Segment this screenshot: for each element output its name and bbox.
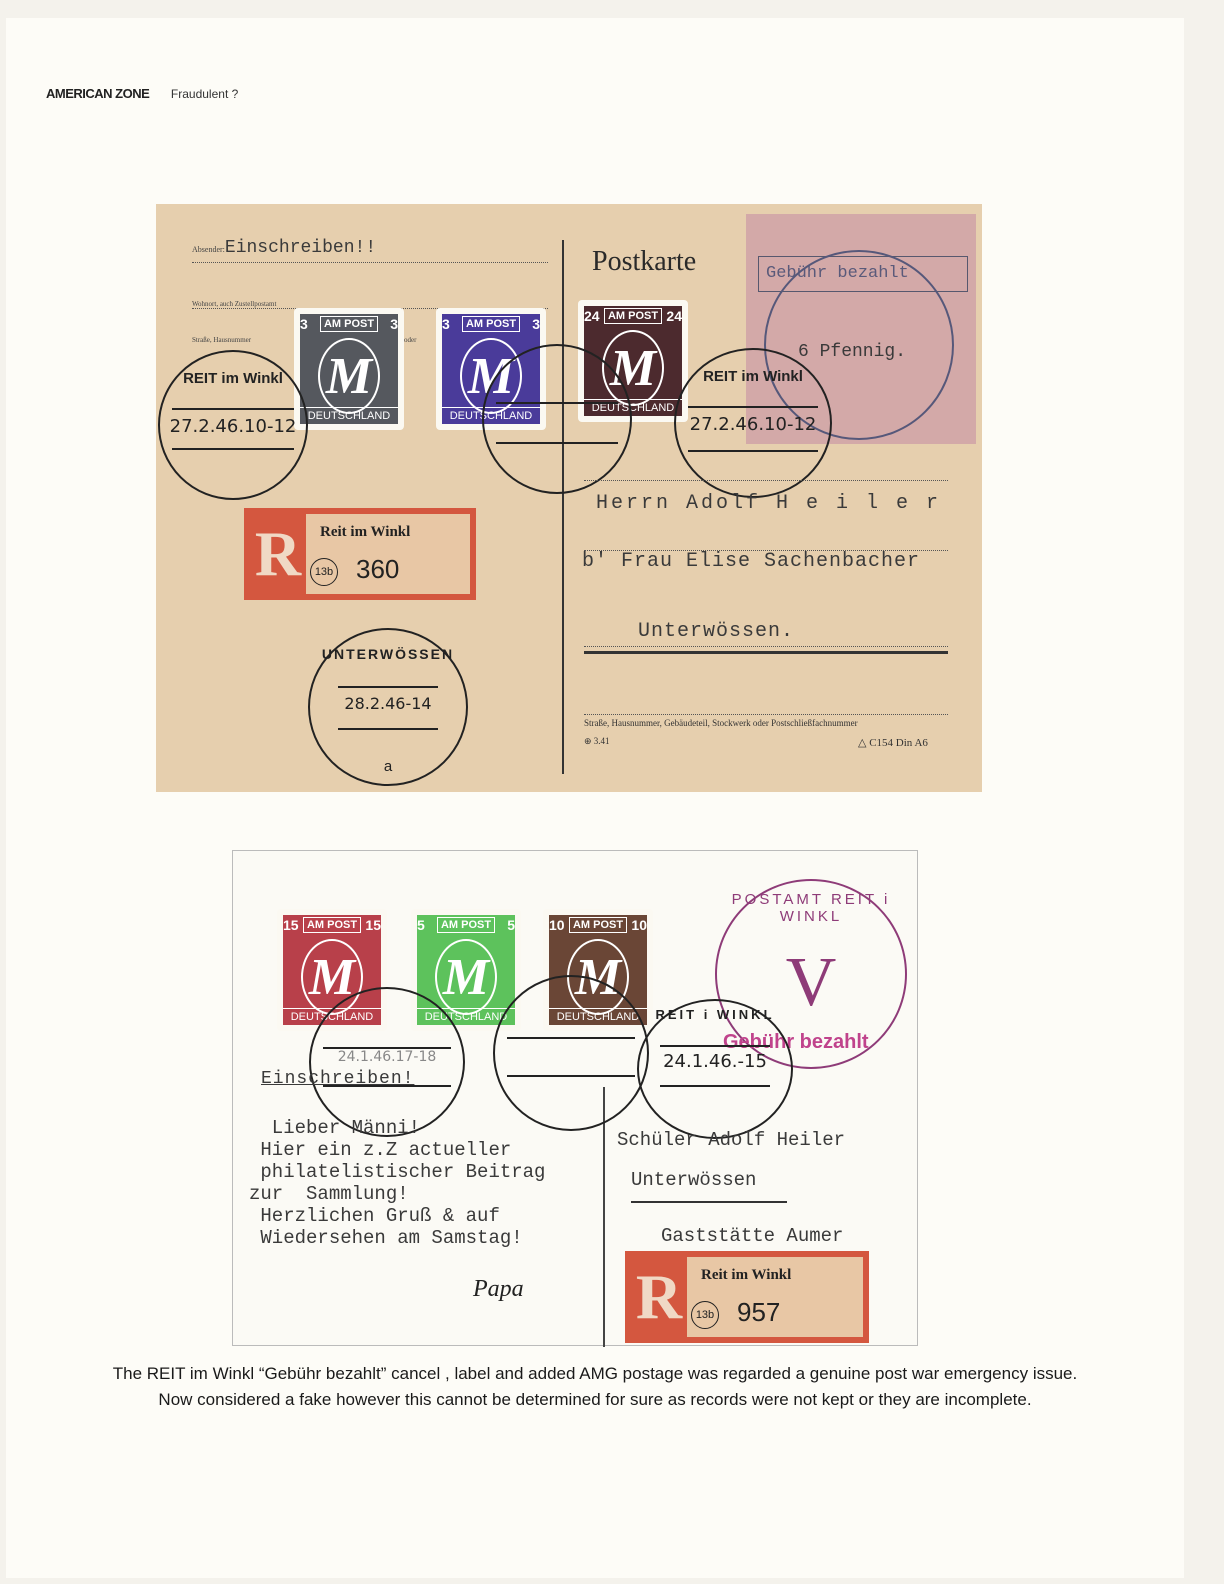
postcard-2: 15AM POST15 M DEUTSCHLAND 5AM POST5 M DE… [232, 850, 918, 1346]
stamp-value: 5 [507, 917, 515, 933]
postmark-reit-1: REIT im Winkl 27.2.46.10-12 [158, 350, 308, 500]
sender-typed: Einschreiben!! [225, 238, 376, 258]
footer-print: 3.41 [594, 736, 610, 746]
registration-r: R [631, 1257, 687, 1337]
address-line-2: b' Frau Elise Sachenbacher [582, 550, 920, 573]
postmark-reit-c: REIT i WINKL 24.1.46.-15 [637, 999, 793, 1139]
address-underline [631, 1201, 787, 1203]
dotted-rule [192, 262, 548, 263]
stamp-value: 3 [390, 316, 398, 332]
registration-r: R [250, 514, 306, 594]
stamp-country: DEUTSCHLAND [300, 407, 398, 424]
stamp-top-text: AM POST [437, 917, 495, 933]
postmark-date: 28.2.46-14 [310, 694, 466, 713]
registration-place: Reit im Winkl [701, 1267, 791, 1284]
stamp-top-text: AM POST [604, 308, 662, 324]
postmark-town: REIT im Winkl [676, 368, 830, 385]
stamp-top-text: AM POST [303, 917, 361, 933]
postmark-town: REIT i WINKL [639, 1007, 791, 1022]
registration-office: 13b [310, 558, 338, 586]
postcard-1: Absender:Einschreiben!! Wohnort, auch Zu… [156, 204, 982, 792]
registration-label-2: R Reit im Winkl 13b 957 [625, 1251, 869, 1343]
stamp-value: 3 [300, 316, 308, 332]
address-line-3: Gaststätte Aumer [661, 1225, 843, 1247]
postmark-date: 24.1.46.-15 [639, 1051, 791, 1072]
dotted-rule [584, 714, 948, 715]
stamp-top-text: AM POST [462, 316, 520, 332]
address-line-2: Unterwössen [631, 1169, 756, 1191]
registration-office: 13b [691, 1301, 719, 1329]
postmark-reit-3: REIT im Winkl 27.2.46.10-12 [674, 348, 832, 498]
album-page: AMERICAN ZONE Fraudulent ? Absender:Eins… [6, 18, 1184, 1578]
heading-zone: AMERICAN ZONE [46, 86, 149, 101]
postmark-reit-b [493, 975, 649, 1131]
registration-number: 957 [737, 1297, 780, 1328]
postmark-date: 24.1.46.17-18 [311, 1049, 463, 1065]
address-line-1: Schüler Adolf Heiler [617, 1129, 845, 1151]
stamp-value: 5 [417, 917, 425, 933]
stamp-top-text: AM POST [569, 917, 627, 933]
handwritten-message: Lieber Männi! Hier ein z.Z actueller phi… [249, 1117, 545, 1249]
stamp-value: 10 [631, 917, 647, 933]
page-heading: AMERICAN ZONE Fraudulent ? [46, 86, 238, 101]
stamp-top-text: AM POST [320, 316, 378, 332]
footer-print-code: ⊕ 3.41 [584, 736, 610, 747]
stamp-3pf-grey: 3AM POST3 M DEUTSCHLAND [294, 308, 404, 430]
stamp-value: 24 [666, 308, 682, 324]
postmark-town: UNTERWÖSSEN [310, 646, 466, 662]
sender-label: Absender: [192, 245, 225, 254]
postkarte-title: Postkarte [592, 246, 696, 278]
field-strasse: Straße, Hausnummer [192, 336, 251, 344]
signature: Papa [473, 1276, 524, 1303]
field-wohnort: Wohnort, auch Zustellpostamt [192, 300, 276, 308]
registration-number: 360 [356, 554, 399, 585]
pfennig-value: 6 Pfennig. [798, 342, 906, 362]
dotted-rule [584, 480, 948, 481]
postmark-date: 27.2.46.10-12 [160, 416, 306, 437]
footer-fields: Straße, Hausnummer, Gebäudeteil, Stockwe… [584, 718, 858, 728]
postmark-date: 27.2.46.10-12 [676, 414, 830, 435]
m-glyph-icon: M [435, 939, 497, 1015]
heading-subtitle: Fraudulent ? [171, 87, 238, 101]
stamp-value: 15 [365, 917, 381, 933]
stamp-value: 15 [283, 917, 299, 933]
caption-line-1: The REIT im Winkl “Gebühr bezahlt” cance… [6, 1364, 1184, 1384]
solid-rule [584, 651, 948, 654]
field-oder: oder [404, 336, 416, 344]
registration-place: Reit im Winkl [320, 524, 410, 541]
card-divider [562, 240, 564, 774]
stamp-value: 3 [532, 316, 540, 332]
postmark-reit-a: 24.1.46.17-18 [309, 987, 465, 1137]
caption-line-2: Now considered a fake however this canno… [6, 1390, 1184, 1410]
postmark-reit-2 [482, 344, 632, 494]
postmark-unterwossen: UNTERWÖSSEN 28.2.46-14 a [308, 628, 468, 786]
registration-label-1: R Reit im Winkl 13b 360 [244, 508, 476, 600]
stamp-value: 10 [549, 917, 565, 933]
footer-form: △ C154 Din A6 [858, 736, 928, 749]
postmark-town: REIT im Winkl [160, 370, 306, 387]
sender-line: Absender:Einschreiben!! [192, 236, 376, 258]
endorsement: Einschreiben! [261, 1069, 414, 1089]
postmark-letter: a [310, 758, 466, 775]
card-divider [603, 1087, 605, 1347]
stamp-value: 3 [442, 316, 450, 332]
m-glyph-icon: M [318, 338, 380, 414]
stamp-value: 24 [584, 308, 600, 324]
dotted-rule [584, 646, 948, 647]
address-line-1: Herrn Adolf H e i l e r [596, 492, 941, 515]
address-line-3: Unterwössen. [638, 620, 794, 643]
violet-ring-text: POSTAMT REIT i WINKL [717, 891, 905, 925]
